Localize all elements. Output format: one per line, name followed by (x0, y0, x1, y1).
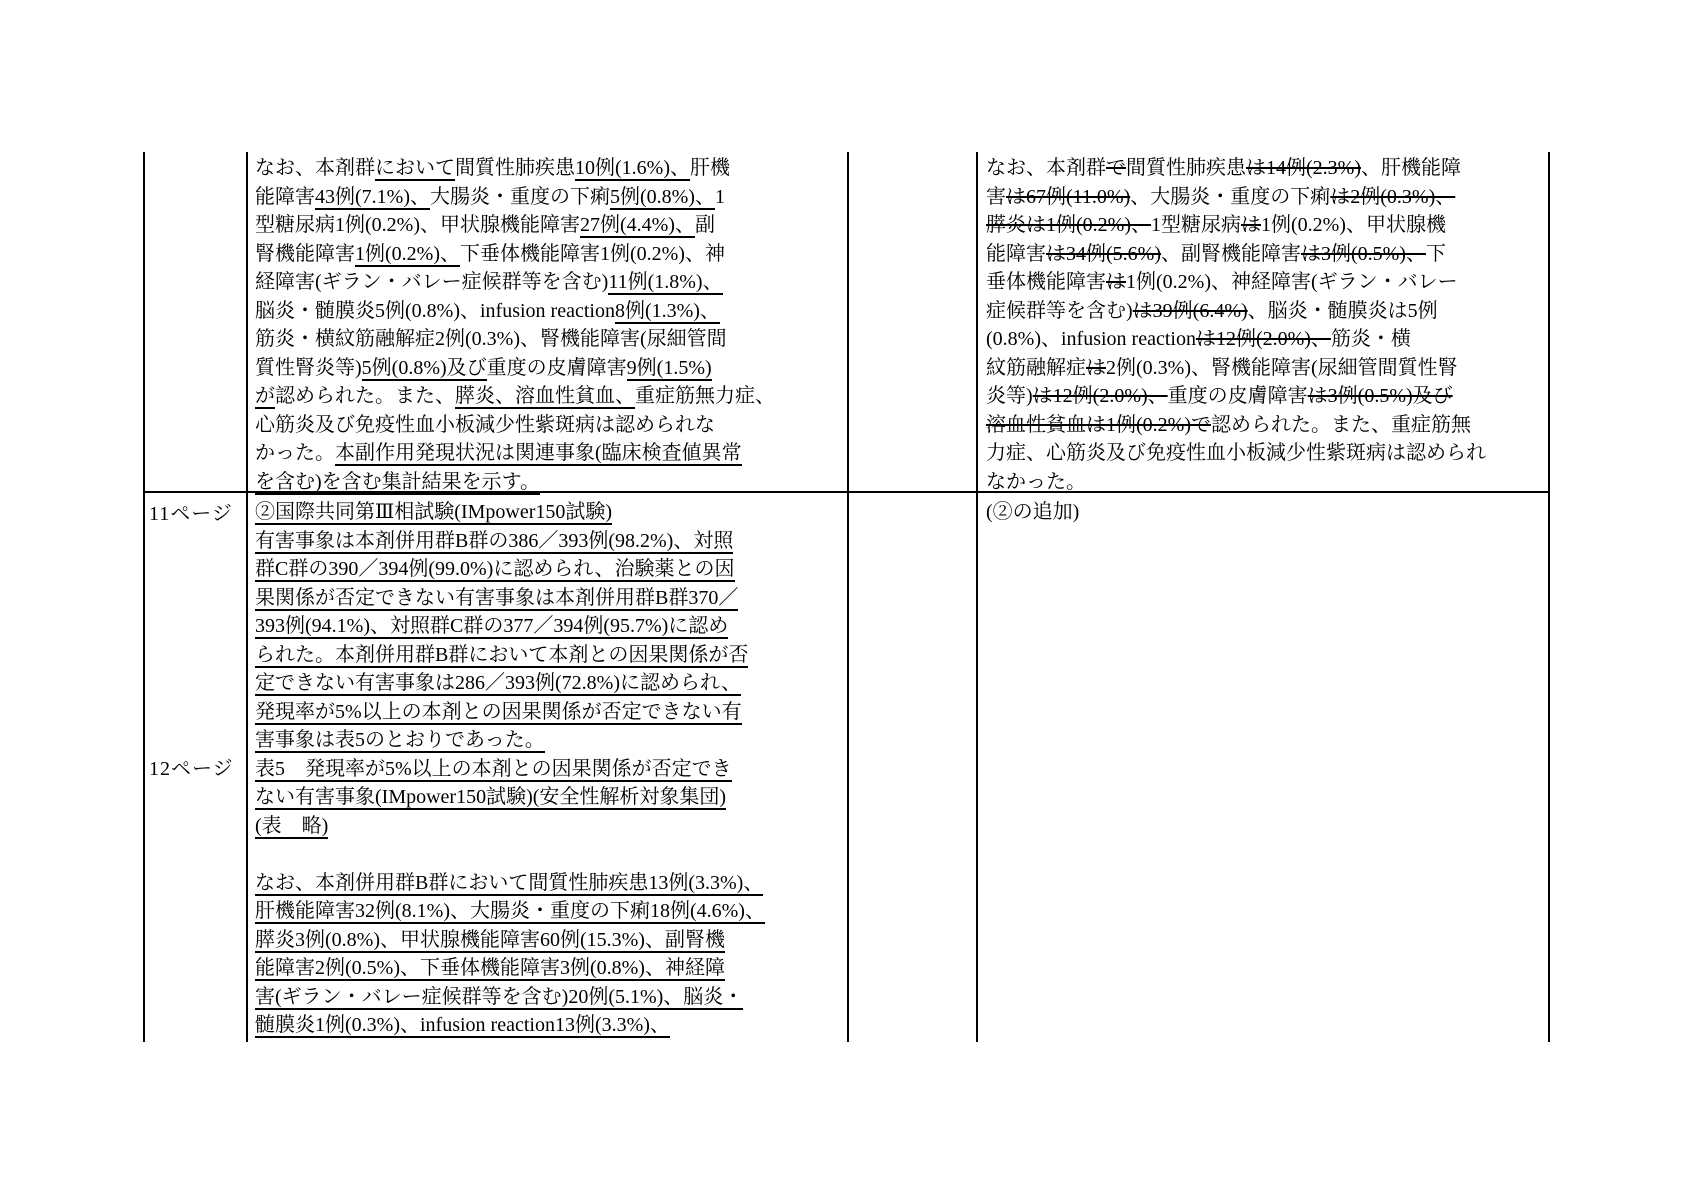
unchanged-text: 間質性肺疾患 (1126, 157, 1246, 179)
text-line: られた。本剤併用群B群において本剤との因果関係が否 (255, 641, 845, 670)
document-page: 11ページ 12ページ なお、本剤群において間質性肺疾患10例(1.6%)、肝機… (0, 0, 1695, 1187)
text-line: 膵炎は1例(0.2%)、1型糖尿病は1例(0.2%)、甲状腺機 (986, 211, 1546, 240)
text-line: 能障害2例(0.5%)、下垂体機能障害3例(0.8%)、神経障 (255, 954, 845, 983)
text-line: 脳炎・髄膜炎5例(0.8%)、infusion reaction8例(1.3%)… (255, 297, 845, 326)
unchanged-text: 重症筋無力症、 (635, 385, 775, 407)
added-text: 膵炎3例(0.8%)、甲状腺機能障害60例(15.3%)、副腎機 (255, 929, 725, 953)
text-line: 肝機能障害32例(8.1%)、大腸炎・重度の下痢18例(4.6%)、 (255, 897, 845, 926)
deleted-text: は2例(0.3%)、 (1330, 186, 1455, 208)
text-line: 害は67例(11.0%)、大腸炎・重度の下痢は2例(0.3%)、 (986, 183, 1546, 212)
unchanged-text: 害 (986, 186, 1006, 208)
unchanged-text: なお、本剤群 (986, 157, 1106, 179)
text-line: 力症、心筋炎及び免疫性血小板減少性紫斑病は認められ (986, 439, 1546, 468)
unchanged-text: 重度の皮膚障害 (487, 357, 627, 379)
unchanged-text: 、大腸炎・重度の下痢 (1130, 186, 1330, 208)
text-line: かった。本副作用発現状況は関連事象(臨床検査値異常 (255, 439, 845, 468)
deleted-text: は34例(5.6%) (1046, 243, 1161, 265)
unchanged-text: 大腸炎・重度の下痢 (430, 186, 610, 208)
page-label-11: 11ページ (149, 500, 233, 529)
unchanged-text: (0.8%)、infusion reaction (986, 328, 1196, 350)
deleted-text: は12例(2.0%)、 (1196, 328, 1331, 350)
deleted-text: は12例(2.0%)、 (1033, 385, 1168, 407)
deleted-text: は (1106, 271, 1126, 293)
deleted-text: は (1241, 214, 1261, 236)
text-line: (②の追加) (986, 498, 1546, 527)
added-text: 髄膜炎1例(0.3%)、infusion reaction13例(3.3%)、 (255, 1014, 670, 1038)
unchanged-text: 腎機能障害 (255, 243, 355, 265)
added-text: 27例(4.4%)、 (580, 214, 695, 238)
table-border-col1-col2 (246, 152, 248, 1042)
page-label-12: 12ページ (149, 755, 234, 784)
unchanged-text: 2例(0.3%)、腎機能障害(尿細管間質性腎 (1106, 357, 1458, 379)
text-line: 型糖尿病1例(0.2%)、甲状腺機能障害27例(4.4%)、副 (255, 211, 845, 240)
text-line: 害事象は表5のとおりであった。 (255, 726, 845, 755)
unchanged-text: 力症、心筋炎及び免疫性血小板減少性紫斑病は認められ (986, 442, 1486, 464)
added-text: 5例(0.8%)及び (362, 357, 487, 381)
text-line: 群C群の390／394例(99.0%)に認められ、治験薬との因 (255, 555, 845, 584)
unchanged-text: 能障害 (986, 243, 1046, 265)
text-line: 質性腎炎等)5例(0.8%)及び重度の皮膚障害9例(1.5%) (255, 354, 845, 383)
added-text: 9例(1.5%) (627, 357, 712, 381)
added-text: 有害事象は本剤併用群B群の386／393例(98.2%)、対照 (255, 530, 733, 554)
added-text: ②国際共同第Ⅲ相試験(IMpower150試験) (255, 501, 612, 525)
added-text: 11例(1.8%)、 (608, 271, 722, 295)
added-text: 害事象は表5のとおりであった。 (255, 729, 545, 753)
text-line (255, 840, 845, 869)
previous-text-block-2: (②の追加) (986, 498, 1546, 527)
deleted-text: は67例(11.0%) (1006, 186, 1130, 208)
deleted-text: は14例(2.3%) (1246, 157, 1361, 179)
added-text: 393例(94.1%)、対照群C群の377／394例(95.7%)に認め (255, 615, 728, 639)
text-line: 定できない有害事象は286／393例(72.8%)に認められ、 (255, 669, 845, 698)
deleted-text: 溶血性貧血は1例(0.2%)で (986, 414, 1211, 436)
added-text: 10例(1.6%)、 (575, 157, 690, 181)
added-text: 発現率が5%以上の本剤との因果関係が否定できない有 (255, 701, 742, 725)
text-line: なお、本剤群において間質性肺疾患10例(1.6%)、肝機 (255, 154, 845, 183)
added-text: 8例(1.3%)、 (615, 300, 720, 324)
deleted-text: は3例(0.5%)及び (1308, 385, 1453, 407)
text-line: なお、本剤併用群B群において間質性肺疾患13例(3.3%)、 (255, 869, 845, 898)
text-line: 紋筋融解症は2例(0.3%)、腎機能障害(尿細管間質性腎 (986, 354, 1546, 383)
text-line: 髄膜炎1例(0.3%)、infusion reaction13例(3.3%)、 (255, 1011, 845, 1040)
deleted-text: は3例(0.5%)、 (1301, 243, 1426, 265)
unchanged-text: 経障害(ギラン・バレー症候群等を含む) (255, 271, 608, 293)
added-text: 43例(7.1%)、 (315, 186, 430, 210)
added-text: において (375, 157, 455, 181)
unchanged-text: 下 (1426, 243, 1446, 265)
added-text: 定できない有害事象は286／393例(72.8%)に認められ、 (255, 672, 741, 696)
revised-text-block-2: ②国際共同第Ⅲ相試験(IMpower150試験)有害事象は本剤併用群B群の386… (255, 498, 845, 1040)
unchanged-text: 、肝機能障 (1361, 157, 1461, 179)
unchanged-text: 下垂体機能障害1例(0.2%)、神 (460, 243, 725, 265)
text-line: 能障害43例(7.1%)、大腸炎・重度の下痢5例(0.8%)、1 (255, 183, 845, 212)
added-text: 肝機能障害32例(8.1%)、大腸炎・重度の下痢18例(4.6%)、 (255, 900, 765, 924)
text-line: 能障害は34例(5.6%)、副腎機能障害は3例(0.5%)、下 (986, 240, 1546, 269)
unchanged-text: 紋筋融解症 (986, 357, 1086, 379)
text-line: 害(ギラン・バレー症候群等を含む)20例(5.1%)、脳炎・ (255, 983, 845, 1012)
added-text: 5例(0.8%)、 (610, 186, 715, 210)
text-line: ②国際共同第Ⅲ相試験(IMpower150試験) (255, 498, 845, 527)
added-text: 害(ギラン・バレー症候群等を含む)20例(5.1%)、脳炎・ (255, 986, 743, 1010)
text-line: (表 略) (255, 812, 845, 841)
text-line: 膵炎3例(0.8%)、甲状腺機能障害60例(15.3%)、副腎機 (255, 926, 845, 955)
deleted-text: は39例(6.4%) (1133, 300, 1248, 322)
unchanged-text: 認められた。また、 (275, 385, 455, 407)
unchanged-text: 1型糖尿病 (1151, 214, 1241, 236)
table-border-col2-col3 (847, 152, 849, 1042)
text-line: 表5 発現率が5%以上の本剤との因果関係が否定でき (255, 755, 845, 784)
added-text: なお、本剤併用群B群において間質性肺疾患13例(3.3%)、 (255, 872, 763, 896)
text-line: 溶血性貧血は1例(0.2%)で認められた。また、重症筋無 (986, 411, 1546, 440)
added-text: が (255, 385, 275, 409)
added-text: られた。本剤併用群B群において本剤との因果関係が否 (255, 644, 748, 668)
deleted-text: は (1086, 357, 1106, 379)
unchanged-text: 型糖尿病1例(0.2%)、甲状腺機能障害 (255, 214, 580, 236)
unchanged-text: なお、本剤群 (255, 157, 375, 179)
unchanged-text: 1例(0.2%)、甲状腺機 (1261, 214, 1446, 236)
text-line: 有害事象は本剤併用群B群の386／393例(98.2%)、対照 (255, 527, 845, 556)
text-line: 筋炎・横紋筋融解症2例(0.3%)、腎機能障害(尿細管間 (255, 325, 845, 354)
text-line: 炎等)は12例(2.0%)、重度の皮膚障害は3例(0.5%)及び (986, 382, 1546, 411)
unchanged-text: 重度の皮膚障害 (1168, 385, 1308, 407)
text-line: 心筋炎及び免疫性血小板減少性紫斑病は認められな (255, 411, 845, 440)
unchanged-text: 、副腎機能障害 (1161, 243, 1301, 265)
added-text: (表 略) (255, 815, 328, 839)
text-line: 果関係が否定できない有害事象は本剤併用群B群370／ (255, 584, 845, 613)
unchanged-text: 垂体機能障害 (986, 271, 1106, 293)
text-line: が認められた。また、膵炎、溶血性貧血、重症筋無力症、 (255, 382, 845, 411)
added-text: ない有害事象(IMpower150試験)(安全性解析対象集団) (255, 786, 726, 810)
unchanged-text: 1 (715, 186, 725, 208)
table-border-left (143, 152, 145, 1042)
unchanged-text: かった。 (255, 442, 335, 464)
previous-text-block-1: なお、本剤群で間質性肺疾患は14例(2.3%)、肝機能障害は67例(11.0%)… (986, 154, 1546, 496)
text-line: 発現率が5%以上の本剤との因果関係が否定できない有 (255, 698, 845, 727)
unchanged-text: 筋炎・横紋筋融解症2例(0.3%)、腎機能障害(尿細管間 (255, 328, 727, 350)
unchanged-text: 症候群等を含む) (986, 300, 1133, 322)
unchanged-text: 炎等) (986, 385, 1033, 407)
added-text: 表5 発現率が5%以上の本剤との因果関係が否定でき (255, 758, 732, 782)
deleted-text: 膵炎は1例(0.2%)、 (986, 214, 1151, 236)
unchanged-text: 筋炎・横 (1331, 328, 1411, 350)
table-border-col3-col4 (976, 152, 978, 1042)
deleted-text: で (1106, 157, 1126, 179)
unchanged-text: 質性腎炎等) (255, 357, 362, 379)
added-text: 果関係が否定できない有害事象は本剤併用群B群370／ (255, 587, 738, 611)
unchanged-text: なかった。 (986, 471, 1086, 493)
text-line: なお、本剤群で間質性肺疾患は14例(2.3%)、肝機能障 (986, 154, 1546, 183)
table-border-row-divider (143, 491, 1550, 493)
text-line: 症候群等を含む)は39例(6.4%)、脳炎・髄膜炎は5例 (986, 297, 1546, 326)
unchanged-text: 心筋炎及び免疫性血小板減少性紫斑病は認められな (255, 414, 715, 436)
added-text: 能障害2例(0.5%)、下垂体機能障害3例(0.8%)、神経障 (255, 957, 725, 981)
added-text: 1例(0.2%)、 (355, 243, 460, 267)
unchanged-text: 認められた。また、重症筋無 (1211, 414, 1471, 436)
unchanged-text: 肝機 (690, 157, 730, 179)
unchanged-text: 間質性肺疾患 (455, 157, 575, 179)
unchanged-text: 能障害 (255, 186, 315, 208)
text-line: ない有害事象(IMpower150試験)(安全性解析対象集団) (255, 783, 845, 812)
added-text: 本副作用発現状況は関連事象(臨床検査値異常 (335, 442, 742, 466)
unchanged-text: 脳炎・髄膜炎5例(0.8%)、infusion reaction (255, 300, 615, 322)
text-line: 腎機能障害1例(0.2%)、下垂体機能障害1例(0.2%)、神 (255, 240, 845, 269)
added-text: 膵炎、溶血性貧血、 (455, 385, 635, 409)
text-line: 393例(94.1%)、対照群C群の377／394例(95.7%)に認め (255, 612, 845, 641)
unchanged-text: 1例(0.2%)、神経障害(ギラン・バレー (1126, 271, 1458, 293)
text-line: 垂体機能障害は1例(0.2%)、神経障害(ギラン・バレー (986, 268, 1546, 297)
text-line: 経障害(ギラン・バレー症候群等を含む)11例(1.8%)、 (255, 268, 845, 297)
table-border-right (1548, 152, 1550, 1042)
unchanged-text: (②の追加) (986, 501, 1079, 523)
revised-text-block-1: なお、本剤群において間質性肺疾患10例(1.6%)、肝機能障害43例(7.1%)… (255, 154, 845, 496)
added-text: 群C群の390／394例(99.0%)に認められ、治験薬との因 (255, 558, 735, 582)
unchanged-text: 、脳炎・髄膜炎は5例 (1248, 300, 1438, 322)
text-line: (0.8%)、infusion reactionは12例(2.0%)、筋炎・横 (986, 325, 1546, 354)
unchanged-text: 副 (695, 214, 715, 236)
